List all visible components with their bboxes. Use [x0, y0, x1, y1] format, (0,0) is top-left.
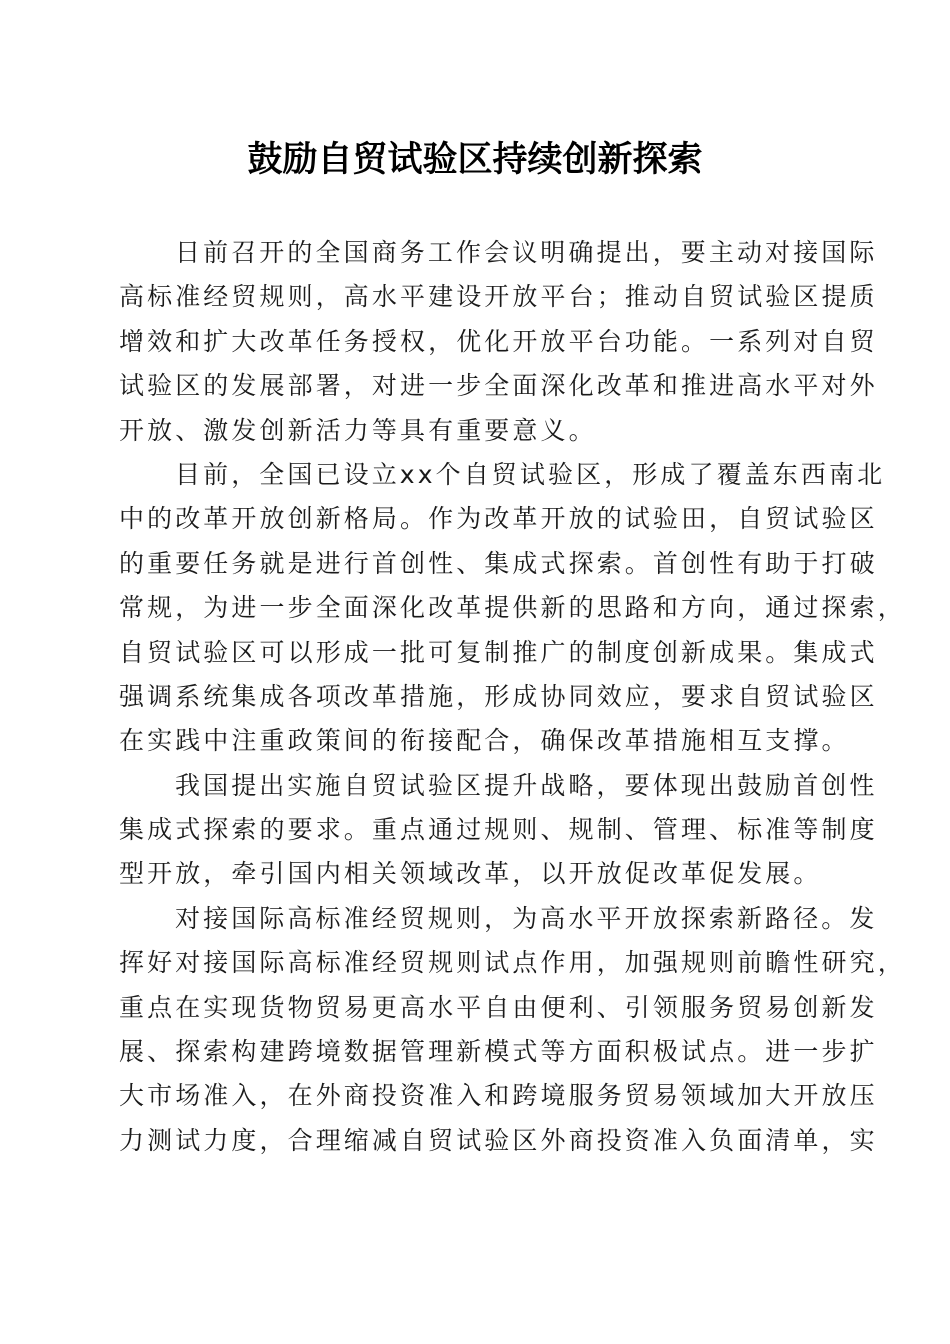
text-line: 挥好对接国际高标准经贸规则试点作用，加强规则前瞻性研究， [119, 941, 833, 985]
text-line: 对接国际高标准经贸规则，为高水平开放探索新路径。发 [119, 897, 833, 941]
text-line: 大市场准入，在外商投资准入和跨境服务贸易领域加大开放压 [119, 1074, 833, 1118]
text-line: 重点在实现货物贸易更高水平自由便利、引领服务贸易创新发 [119, 986, 833, 1030]
document-body: 日前召开的全国商务工作会议明确提出，要主动对接国际 高标准经贸规则，高水平建设开… [119, 231, 833, 1163]
text-line: 在实践中注重政策间的衔接配合，确保改革措施相互支撑。 [119, 719, 833, 763]
text-line: 展、探索构建跨境数据管理新模式等方面积极试点。进一步扩 [119, 1030, 833, 1074]
text-line: 力测试力度，合理缩减自贸试验区外商投资准入负面清单，实 [119, 1119, 833, 1163]
text-line: 增效和扩大改革任务授权，优化开放平台功能。一系列对自贸 [119, 320, 833, 364]
text-line: 日前召开的全国商务工作会议明确提出，要主动对接国际 [119, 231, 833, 275]
text-line: 的重要任务就是进行首创性、集成式探索。首创性有助于打破 [119, 542, 833, 586]
document-page: 鼓励自贸试验区持续创新探索 日前召开的全国商务工作会议明确提出，要主动对接国际 … [0, 0, 950, 1344]
text-line: 常规，为进一步全面深化改革提供新的思路和方向，通过探索， [119, 586, 833, 630]
paragraph-1: 日前召开的全国商务工作会议明确提出，要主动对接国际 高标准经贸规则，高水平建设开… [119, 231, 833, 453]
text-line: 型开放，牵引国内相关领域改革，以开放促改革促发展。 [119, 852, 833, 896]
text-line: 开放、激发创新活力等具有重要意义。 [119, 409, 833, 453]
paragraph-3: 我国提出实施自贸试验区提升战略，要体现出鼓励首创性 集成式探索的要求。重点通过规… [119, 764, 833, 897]
text-line: 集成式探索的要求。重点通过规则、规制、管理、标准等制度 [119, 808, 833, 852]
document-title: 鼓励自贸试验区持续创新探索 [0, 136, 950, 184]
paragraph-2: 目前，全国已设立xx个自贸试验区，形成了覆盖东西南北 中的改革开放创新格局。作为… [119, 453, 833, 764]
text-line: 中的改革开放创新格局。作为改革开放的试验田，自贸试验区 [119, 497, 833, 541]
paragraph-4: 对接国际高标准经贸规则，为高水平开放探索新路径。发 挥好对接国际高标准经贸规则试… [119, 897, 833, 1163]
text-line: 我国提出实施自贸试验区提升战略，要体现出鼓励首创性 [119, 764, 833, 808]
text-line: 自贸试验区可以形成一批可复制推广的制度创新成果。集成式 [119, 631, 833, 675]
text-line: 目前，全国已设立xx个自贸试验区，形成了覆盖东西南北 [119, 453, 833, 497]
text-line: 强调系统集成各项改革措施，形成协同效应，要求自贸试验区 [119, 675, 833, 719]
text-line: 高标准经贸规则，高水平建设开放平台；推动自贸试验区提质 [119, 275, 833, 319]
text-line: 试验区的发展部署，对进一步全面深化改革和推进高水平对外 [119, 364, 833, 408]
